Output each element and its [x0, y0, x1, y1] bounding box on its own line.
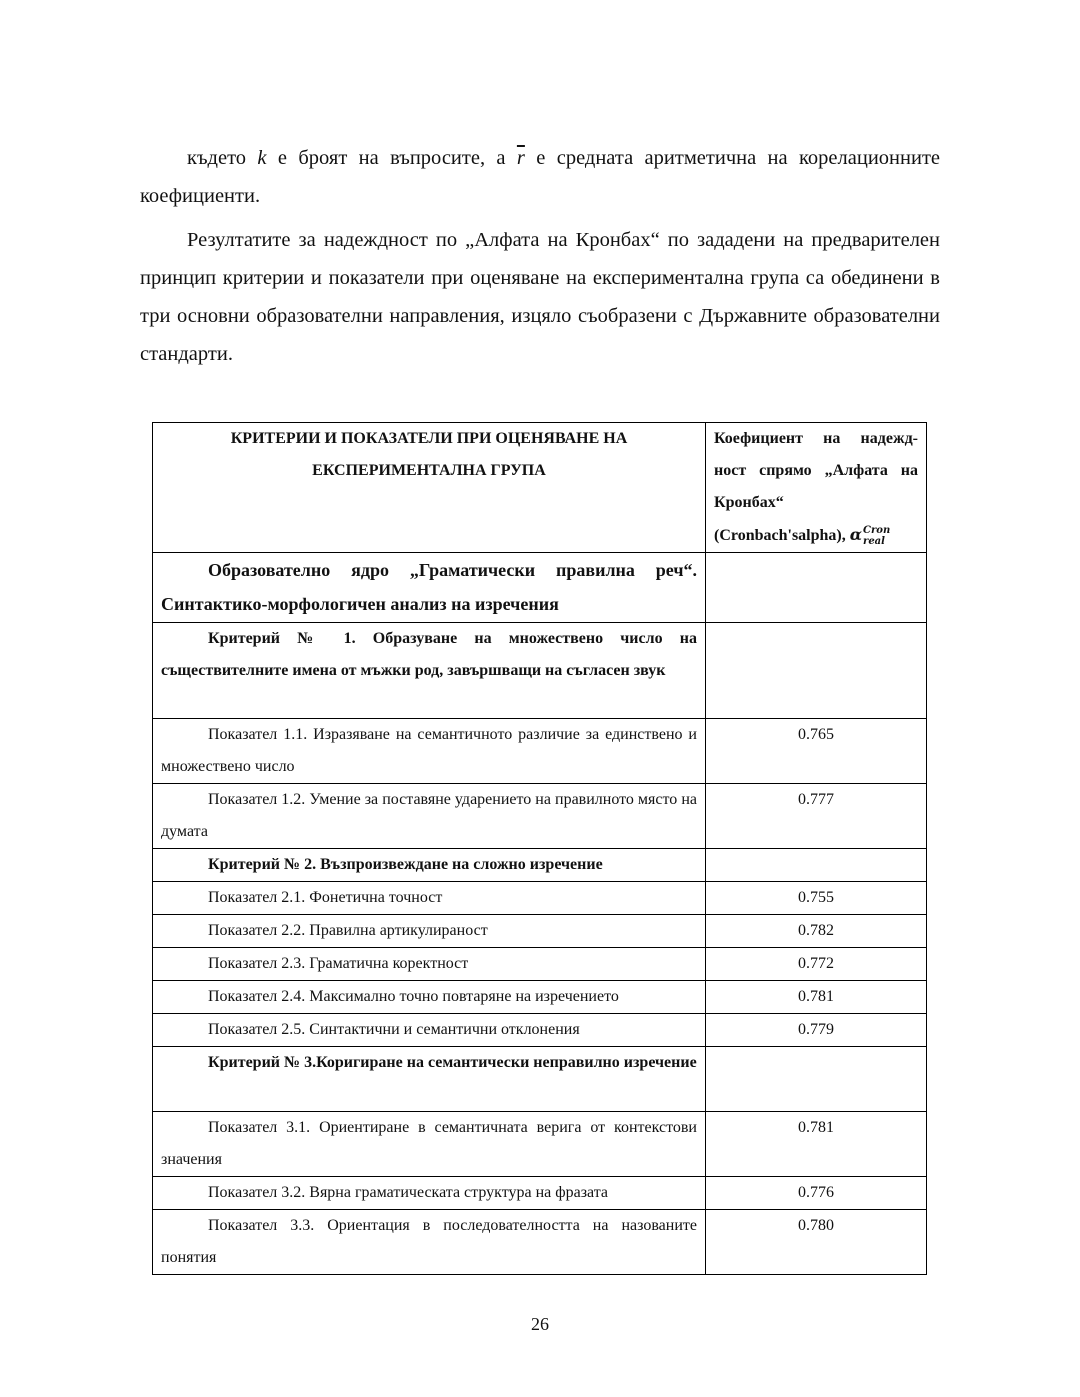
math-variable-r-bar: r [517, 147, 525, 169]
cell-text: Показател 2.3. Граматична коректност [208, 955, 468, 972]
alpha-value-cell: 0.780 [706, 1210, 927, 1275]
alpha-value-cell: 0.777 [706, 784, 927, 849]
alpha-glyph: α [850, 525, 862, 544]
page-number: 26 [0, 1314, 1080, 1335]
table-row: Показател 3.1. Ориентиране в семантичнат… [153, 1112, 927, 1177]
criterion-cell: Критерий № 2. Възпроизвеждане на сложно … [153, 849, 706, 882]
alpha-value-cell: 0.776 [706, 1177, 927, 1210]
table-row: Показател 2.4. Максимално точно повтарян… [153, 981, 927, 1014]
table-body: Образователно ядро „Граматически правилн… [153, 553, 927, 1275]
math-variable-k: k [257, 147, 266, 169]
cell-text: Критерий № 1. Образуване на множествено … [161, 630, 697, 679]
alpha-value-cell: 0.782 [706, 915, 927, 948]
indicator-cell: Показател 2.5. Синтактични и семантични … [153, 1014, 706, 1047]
alpha-value-cell: 0.779 [706, 1014, 927, 1047]
table-row: Показател 2.3. Граматична коректност0.77… [153, 948, 927, 981]
cell-text: Показател 3.3. Ориентация в последовател… [161, 1217, 697, 1266]
table-row: Показател 3.3. Ориентация в последовател… [153, 1210, 927, 1275]
table-row: Показател 2.1. Фонетична точност0.755 [153, 882, 927, 915]
table-row: Критерий № 3.Коригиране на семантически … [153, 1047, 927, 1112]
text-fragment: е броят на въпросите, а [267, 147, 517, 169]
indicator-cell: Показател 1.2. Умение за поставяне ударе… [153, 784, 706, 849]
text-fragment: където [187, 147, 257, 169]
alpha-value-cell [706, 553, 927, 623]
alpha-value-cell: 0.765 [706, 719, 927, 784]
cell-text: Показател 3.1. Ориентиране в семантичнат… [161, 1119, 697, 1168]
alpha-value-cell [706, 1047, 927, 1112]
table-row: Показател 2.5. Синтактични и семантични … [153, 1014, 927, 1047]
header-coefficient-text: (Cronbach'salpha), [714, 527, 850, 544]
paragraph-results-intro: Резултатите за надеждност по „Алфата на … [140, 221, 940, 373]
alpha-value-cell: 0.755 [706, 882, 927, 915]
header-coefficient-line: Коефициент на надежд- [714, 423, 918, 455]
table-row: Показател 2.2. Правилна артикулираност0.… [153, 915, 927, 948]
header-coefficient-line: (Cronbach'salpha), αCronreal [714, 519, 918, 552]
table-header-row: КРИТЕРИИ И ПОКАЗАТЕЛИ ПРИ ОЦЕНЯВАНЕ НА Е… [153, 423, 927, 553]
table-row: Показател 3.2. Вярна граматическата стру… [153, 1177, 927, 1210]
indicator-cell: Показател 2.4. Максимално точно повтарян… [153, 981, 706, 1014]
paragraph-text: Резултатите за надеждност по „Алфата на … [140, 229, 940, 365]
cell-text: Показател 1.1. Изразяване на семантичнот… [161, 726, 697, 775]
indicator-cell: Показател 3.2. Вярна граматическата стру… [153, 1177, 706, 1210]
table-row: Показател 1.1. Изразяване на семантичнот… [153, 719, 927, 784]
indicator-cell: Показател 2.2. Правилна артикулираност [153, 915, 706, 948]
cell-text: Показател 2.5. Синтактични и семантични … [208, 1021, 580, 1038]
indicator-cell: Показател 2.1. Фонетична точност [153, 882, 706, 915]
table-row: Образователно ядро „Граматически правилн… [153, 553, 927, 623]
alpha-value-cell [706, 849, 927, 882]
cell-text: Образователно ядро „Граматически правилн… [161, 560, 697, 614]
cell-text: Показател 2.1. Фонетична точност [208, 889, 442, 906]
alpha-value-cell: 0.772 [706, 948, 927, 981]
alpha-superscript: Cron [863, 525, 890, 536]
header-coefficient-line: Кронбах“ [714, 487, 918, 519]
alpha-value-cell: 0.781 [706, 981, 927, 1014]
cell-text: Критерий № 3.Коригиране на семантически … [208, 1054, 697, 1071]
cell-text: Показател 2.2. Правилна артикулираност [208, 922, 488, 939]
reliability-table: КРИТЕРИИ И ПОКАЗАТЕЛИ ПРИ ОЦЕНЯВАНЕ НА Е… [152, 422, 927, 1275]
alpha-subscript: real [863, 536, 890, 547]
paragraph-formula-explanation: където k е броят на въпросите, а r е сре… [140, 139, 940, 215]
cell-text: Критерий № 2. Възпроизвеждане на сложно … [208, 856, 603, 873]
cell-text: Показател 2.4. Максимално точно повтарян… [208, 988, 619, 1005]
indicator-cell: Показател 2.3. Граматична коректност [153, 948, 706, 981]
indicator-cell: Показател 1.1. Изразяване на семантичнот… [153, 719, 706, 784]
alpha-symbol: αCronreal [850, 525, 890, 544]
criterion-cell: Критерий № 1. Образуване на множествено … [153, 623, 706, 719]
cell-text: Показател 3.2. Вярна граматическата стру… [208, 1184, 608, 1201]
header-criteria: КРИТЕРИИ И ПОКАЗАТЕЛИ ПРИ ОЦЕНЯВАНЕ НА Е… [153, 423, 706, 553]
cell-text: Показател 1.2. Умение за поставяне ударе… [161, 791, 697, 840]
header-coefficient-line: ност спрямо „Алфата на [714, 455, 918, 487]
core-cell: Образователно ядро „Граматически правилн… [153, 553, 706, 623]
table-row: Критерий № 1. Образуване на множествено … [153, 623, 927, 719]
header-coefficient: Коефициент на надежд- ност спрямо „Алфат… [706, 423, 927, 553]
alpha-value-cell: 0.781 [706, 1112, 927, 1177]
indicator-cell: Показател 3.1. Ориентиране в семантичнат… [153, 1112, 706, 1177]
table-row: Критерий № 2. Възпроизвеждане на сложно … [153, 849, 927, 882]
indicator-cell: Показател 3.3. Ориентация в последовател… [153, 1210, 706, 1275]
criterion-cell: Критерий № 3.Коригиране на семантически … [153, 1047, 706, 1112]
alpha-value-cell [706, 623, 927, 719]
table-row: Показател 1.2. Умение за поставяне ударе… [153, 784, 927, 849]
